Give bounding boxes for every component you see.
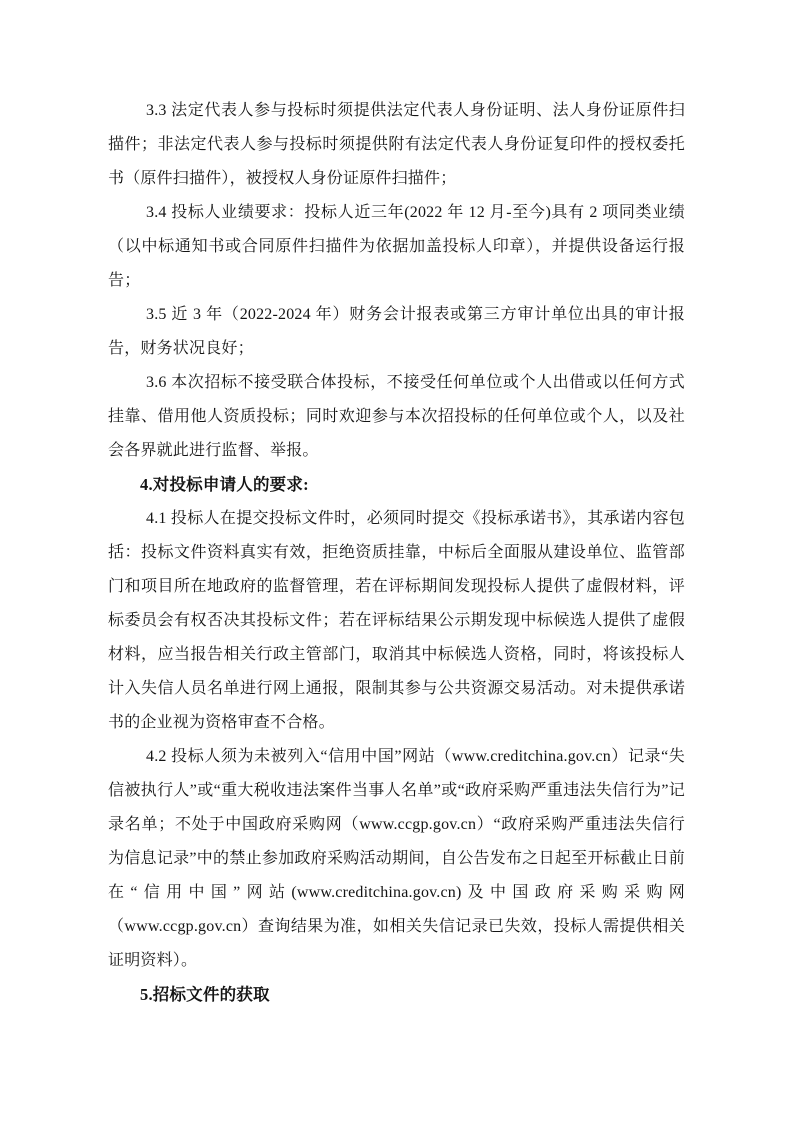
document-page: 3.3 法定代表人参与投标时须提供法定代表人身份证明、法人身份证原件扫描件；非法…	[0, 0, 793, 1122]
paragraph-3-4: 3.4 投标人业绩要求：投标人近三年(2022 年 12 月-至今)具有 2 项…	[108, 196, 685, 298]
paragraph-3-3: 3.3 法定代表人参与投标时须提供法定代表人身份证明、法人身份证原件扫描件；非法…	[108, 94, 685, 196]
section-heading-5: 5.招标文件的获取	[108, 978, 685, 1012]
paragraph-4-2: 4.2 投标人须为未被列入“信用中国”网站（www.creditchina.go…	[108, 740, 685, 978]
document-body: 3.3 法定代表人参与投标时须提供法定代表人身份证明、法人身份证原件扫描件；非法…	[108, 94, 685, 1012]
paragraph-3-6: 3.6 本次招标不接受联合体投标，不接受任何单位或个人出借或以任何方式挂靠、借用…	[108, 366, 685, 468]
paragraph-4-1: 4.1 投标人在提交投标文件时，必须同时提交《投标承诺书》，其承诺内容包括：投标…	[108, 502, 685, 740]
section-heading-4: 4.对投标申请人的要求:	[108, 468, 685, 502]
paragraph-3-5: 3.5 近 3 年（2022-2024 年）财务会计报表或第三方审计单位出具的审…	[108, 298, 685, 366]
